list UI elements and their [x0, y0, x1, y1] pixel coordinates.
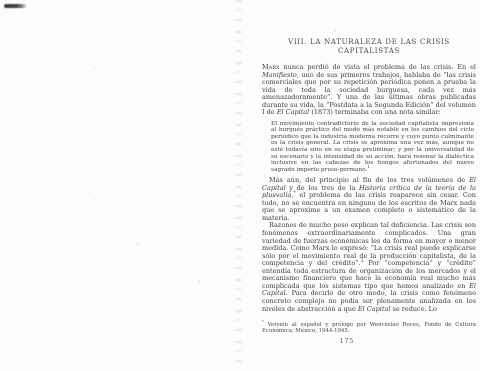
chapter-title-line2: CAPITALISTAS — [338, 47, 400, 55]
scanned-book-page: VIII. LA NATURALEZA DE LAS CRISIS CAPITA… — [0, 0, 480, 371]
scan-artifact-smudge — [4, 4, 27, 8]
paragraph-1: Marx nunca perdió de vista el problema d… — [262, 64, 476, 117]
chapter-title: VIII. LA NATURALEZA DE LAS CRISIS CAPITA… — [262, 38, 476, 56]
paragraph-2: Más aún, del principio al fin de los tre… — [262, 177, 476, 222]
page-gutter-shadow — [235, 0, 242, 371]
footnote: * Versión al español y prólogo por Wence… — [262, 322, 476, 334]
paragraph-3: Razones de mucho peso explican tal defic… — [262, 222, 476, 313]
book-page: VIII. LA NATURALEZA DE LAS CRISIS CAPITA… — [262, 38, 476, 345]
page-number: 175 — [262, 338, 476, 345]
marx-quote: El movimiento contradictorio de la socie… — [271, 121, 474, 173]
scan-noise-speckles — [0, 0, 1, 1]
chapter-title-line1: VIII. LA NATURALEZA DE LAS CRISIS — [288, 38, 450, 46]
